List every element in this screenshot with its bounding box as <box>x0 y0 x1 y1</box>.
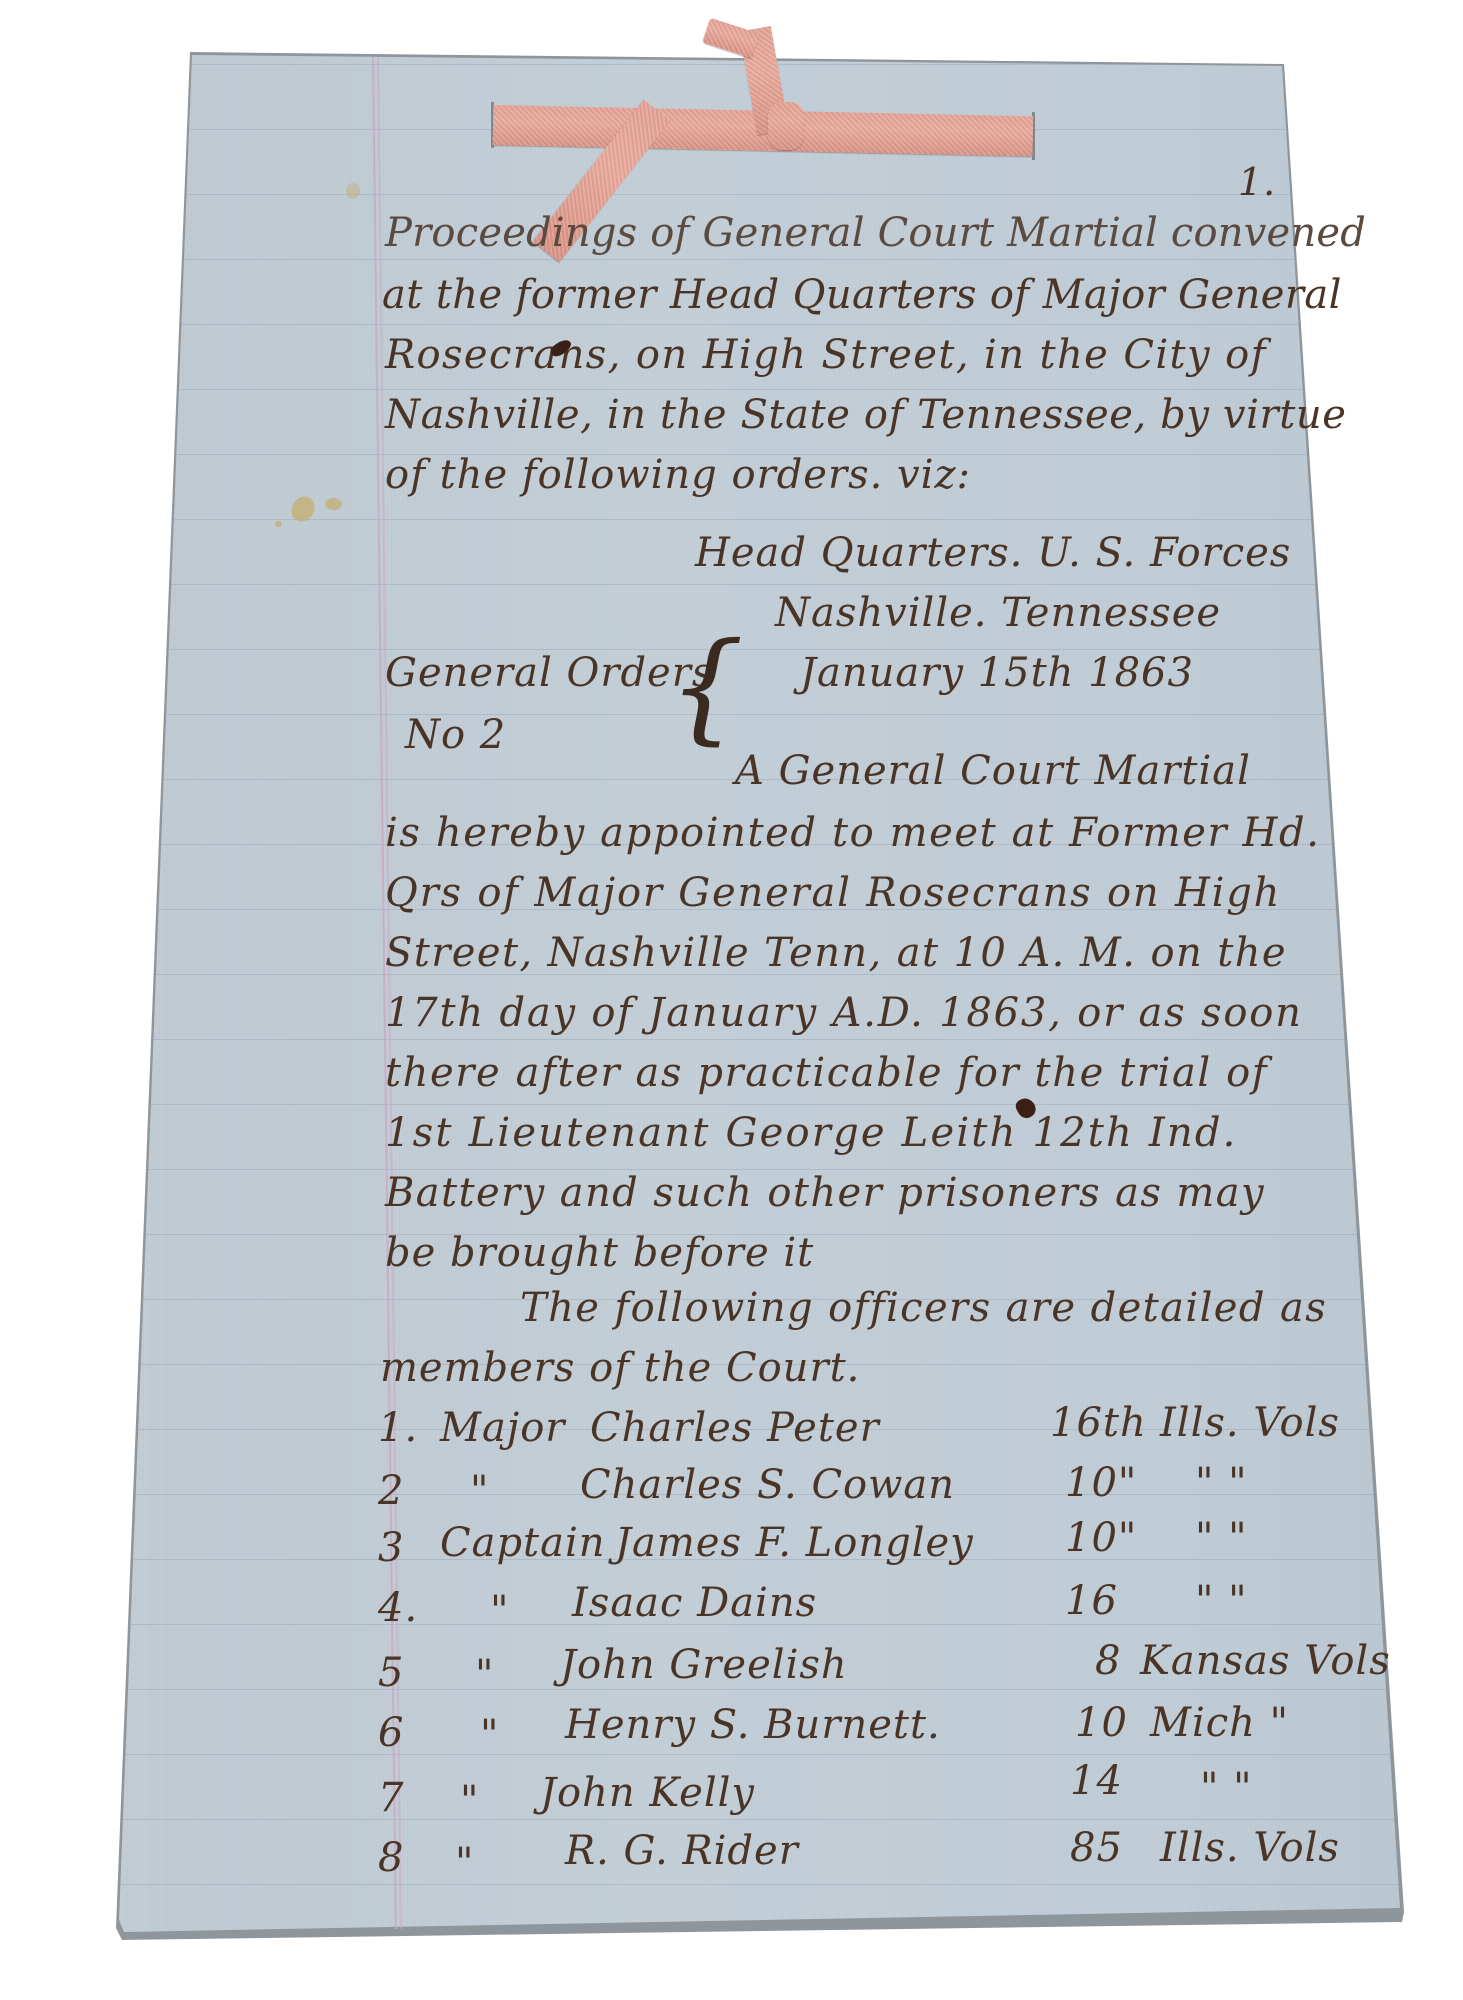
member-name: R. G. Rider <box>565 1828 799 1874</box>
member-number: 7 <box>378 1775 404 1821</box>
document-photo: 1. Proceedings of General Court Martial … <box>0 0 1463 2000</box>
body-line: 1st Lieutenant George Leith 12th Ind. <box>385 1110 1238 1156</box>
preamble-line: Proceedings of General Court Martial con… <box>385 210 1366 256</box>
member-rank: " <box>480 1712 499 1758</box>
member-rank: Captain <box>440 1520 606 1566</box>
ribbon-knot <box>768 102 804 150</box>
member-unit: " " <box>1195 1460 1248 1506</box>
member-name: Henry S. Burnett. <box>565 1702 941 1748</box>
member-number: 1. <box>378 1405 418 1451</box>
member-rank: " <box>475 1652 494 1698</box>
member-unit-no: 16th <box>1050 1400 1147 1446</box>
member-unit-no: 8 <box>1095 1638 1121 1684</box>
preamble-line: Nashville, in the State of Tennessee, by… <box>385 392 1347 438</box>
brace-mark: { <box>668 628 744 748</box>
stain-spot <box>346 183 360 199</box>
member-unit: Ills. Vols <box>1160 1825 1340 1871</box>
member-unit: Mich " <box>1150 1700 1289 1746</box>
body-line: Street, Nashville Tenn, at 10 A. M. on t… <box>385 930 1287 976</box>
member-unit: " " <box>1195 1578 1248 1624</box>
general-orders-number: No 2 <box>405 712 506 758</box>
member-number: 2 <box>378 1468 404 1514</box>
heading-city: Nashville. Tennessee <box>775 590 1221 636</box>
member-rank: " <box>455 1840 474 1886</box>
body-line: Qrs of Major General Rosecrans on High <box>385 870 1281 916</box>
member-unit-no: 16 <box>1065 1578 1118 1624</box>
member-name: Charles Peter <box>590 1405 880 1451</box>
member-number: 6 <box>378 1710 404 1756</box>
page-number: 1. <box>1238 160 1276 204</box>
member-rank: " <box>460 1778 479 1824</box>
stain-spot <box>275 521 282 527</box>
member-rank: Major <box>440 1405 565 1451</box>
stain-spot <box>325 498 342 510</box>
body-line: there after as practicable for the trial… <box>385 1050 1268 1096</box>
member-name: James F. Longley <box>615 1520 974 1566</box>
member-unit-no: 85 <box>1070 1825 1123 1871</box>
member-name: Isaac Dains <box>572 1580 817 1626</box>
body-line: be brought before it <box>385 1230 814 1276</box>
body-line: members of the Court. <box>380 1345 860 1391</box>
general-orders-title: General Orders <box>385 650 713 696</box>
preamble-line: of the following orders. viz: <box>385 452 971 498</box>
member-unit: Ills. Vols <box>1160 1400 1340 1446</box>
member-number: 8 <box>378 1835 404 1881</box>
body-line: is hereby appointed to meet at Former Hd… <box>385 810 1321 856</box>
member-unit-no: 14 <box>1070 1758 1123 1804</box>
heading-date: January 15th 1863 <box>800 650 1194 696</box>
member-number: 3 <box>378 1525 404 1571</box>
member-name: John Kelly <box>540 1770 755 1816</box>
preamble-line: at the former Head Quarters of Major Gen… <box>382 272 1342 318</box>
heading-hq: Head Quarters. U. S. Forces <box>695 530 1291 576</box>
member-unit: Kansas Vols <box>1140 1638 1391 1684</box>
member-unit: " " <box>1200 1765 1253 1811</box>
member-unit-no: 10" <box>1065 1515 1137 1561</box>
body-line: 17th day of January A.D. 1863, or as soo… <box>385 990 1303 1036</box>
member-unit: " " <box>1195 1515 1248 1561</box>
member-name: Charles S. Cowan <box>580 1462 955 1508</box>
body-line: Battery and such other prisoners as may <box>385 1170 1265 1216</box>
member-rank: " <box>470 1468 489 1514</box>
member-rank: " <box>490 1588 509 1634</box>
member-number: 5 <box>378 1650 404 1696</box>
body-line: The following officers are detailed as <box>520 1285 1327 1331</box>
member-unit-no: 10" <box>1065 1460 1137 1506</box>
member-name: John Greelish <box>560 1642 848 1688</box>
preamble-line: Rosecrans, on High Street, in the City o… <box>385 332 1267 378</box>
member-unit-no: 10 <box>1075 1700 1128 1746</box>
body-line: A General Court Martial <box>735 748 1251 794</box>
ribbon-tail-frayed <box>702 18 759 59</box>
member-number: 4. <box>378 1585 418 1631</box>
